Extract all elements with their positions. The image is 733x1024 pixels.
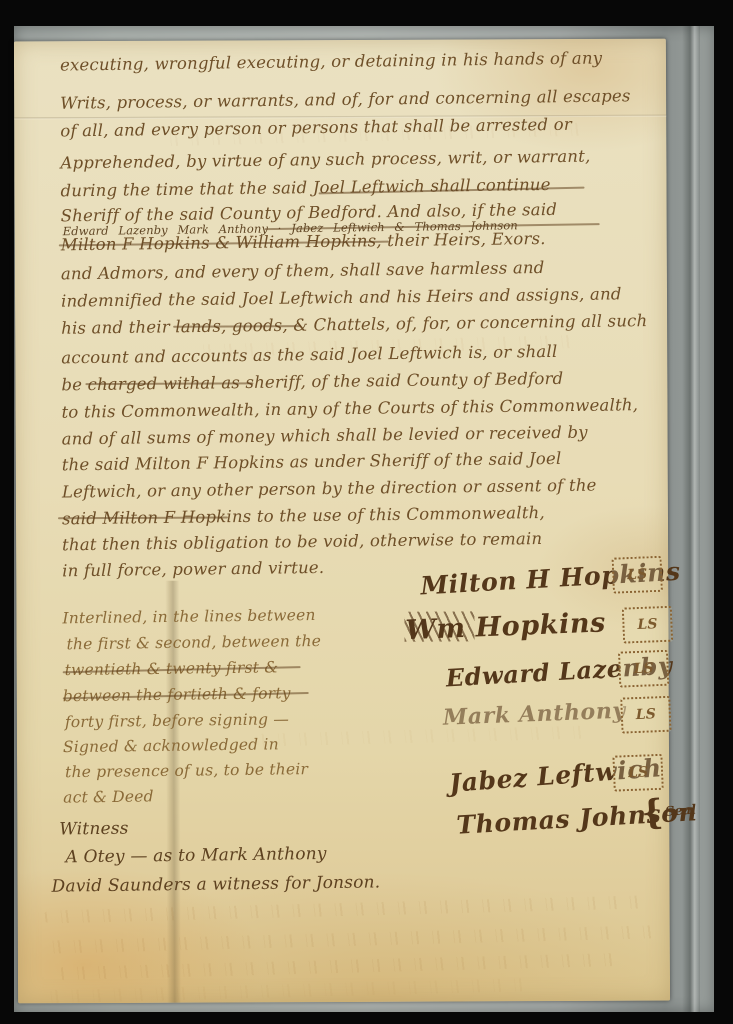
manuscript-line: executing, wrongful executing, or detain… xyxy=(60,48,602,74)
manuscript-line: said Milton F Hopkins to the use of this… xyxy=(62,503,545,528)
seal-text: Seal xyxy=(665,802,697,819)
signature-name: Mark Anthony xyxy=(442,698,626,731)
fabric-fold xyxy=(682,26,700,1012)
marginal-note-line: Signed & acknowledged in xyxy=(63,735,279,756)
seal-text: LS xyxy=(636,706,657,723)
seal-stamp: LS xyxy=(618,650,669,688)
witness-line: David Saunders a witness for Jonson. xyxy=(51,872,380,896)
seal-stamp: LS xyxy=(622,606,673,644)
seal-brace-mark: { Seal xyxy=(640,793,697,831)
marginal-note-line: the presence of us, to be their xyxy=(65,760,308,781)
manuscript-line: to this Commonwealth, in any of the Cour… xyxy=(61,395,638,422)
manuscript-line: and of all sums of money which shall be … xyxy=(62,423,588,449)
witness-label: Witness xyxy=(59,819,129,840)
manuscript-line: his and their lands, goods, & Chattels, … xyxy=(61,311,647,338)
seal-text: LS xyxy=(633,660,654,677)
manuscript-line: Leftwich, or any other person by the dir… xyxy=(62,476,597,502)
manuscript-line: the said Milton F Hopkins as under Sheri… xyxy=(62,449,562,475)
marginal-note-line: Interlined, in the lines between xyxy=(62,606,315,627)
seal-stamp: LS xyxy=(612,556,663,594)
manuscript-line: during the time that the said Joel Leftw… xyxy=(60,175,550,200)
marginal-note-line: the first & second, between the xyxy=(66,632,321,653)
seal-stamp: LS xyxy=(612,754,663,792)
seal-stamp: LS xyxy=(620,696,671,734)
manuscript-line: indemnified the said Joel Leftwich and h… xyxy=(61,284,622,310)
seal-text: LS xyxy=(637,616,658,633)
manuscript-line: and Admors, and every of them, shall sav… xyxy=(61,258,545,283)
bleedthrough-texture xyxy=(44,895,644,923)
seal-text: LS xyxy=(628,764,649,781)
bleedthrough-texture xyxy=(257,725,587,746)
manuscript-line: in full force, power and virtue. xyxy=(62,558,324,580)
manuscript-line: be charged withal as sheriff, of the sai… xyxy=(61,369,563,395)
manuscript-line: Writs, process, or warrants, and of, for… xyxy=(60,86,631,112)
bleedthrough-texture xyxy=(58,953,618,980)
marginal-note-line: act & Deed xyxy=(63,787,154,806)
bleedthrough-texture xyxy=(48,978,528,1003)
bleedthrough-texture xyxy=(42,925,657,954)
flourish-hatching xyxy=(404,611,474,641)
witness-line: A Otey — as to Mark Anthony xyxy=(65,844,326,867)
scan-background: executing, wrongful executing, or detain… xyxy=(0,0,733,1024)
manuscript-page: executing, wrongful executing, or detain… xyxy=(14,39,670,1004)
manuscript-line: that then this obligation to be void, ot… xyxy=(62,529,542,554)
manuscript-line: Apprehended, by virtue of any such proce… xyxy=(60,147,590,173)
brace-glyph: { xyxy=(640,795,664,831)
seal-text: LS xyxy=(627,566,648,583)
marginal-note-line: forty first, before signing — xyxy=(65,710,289,731)
